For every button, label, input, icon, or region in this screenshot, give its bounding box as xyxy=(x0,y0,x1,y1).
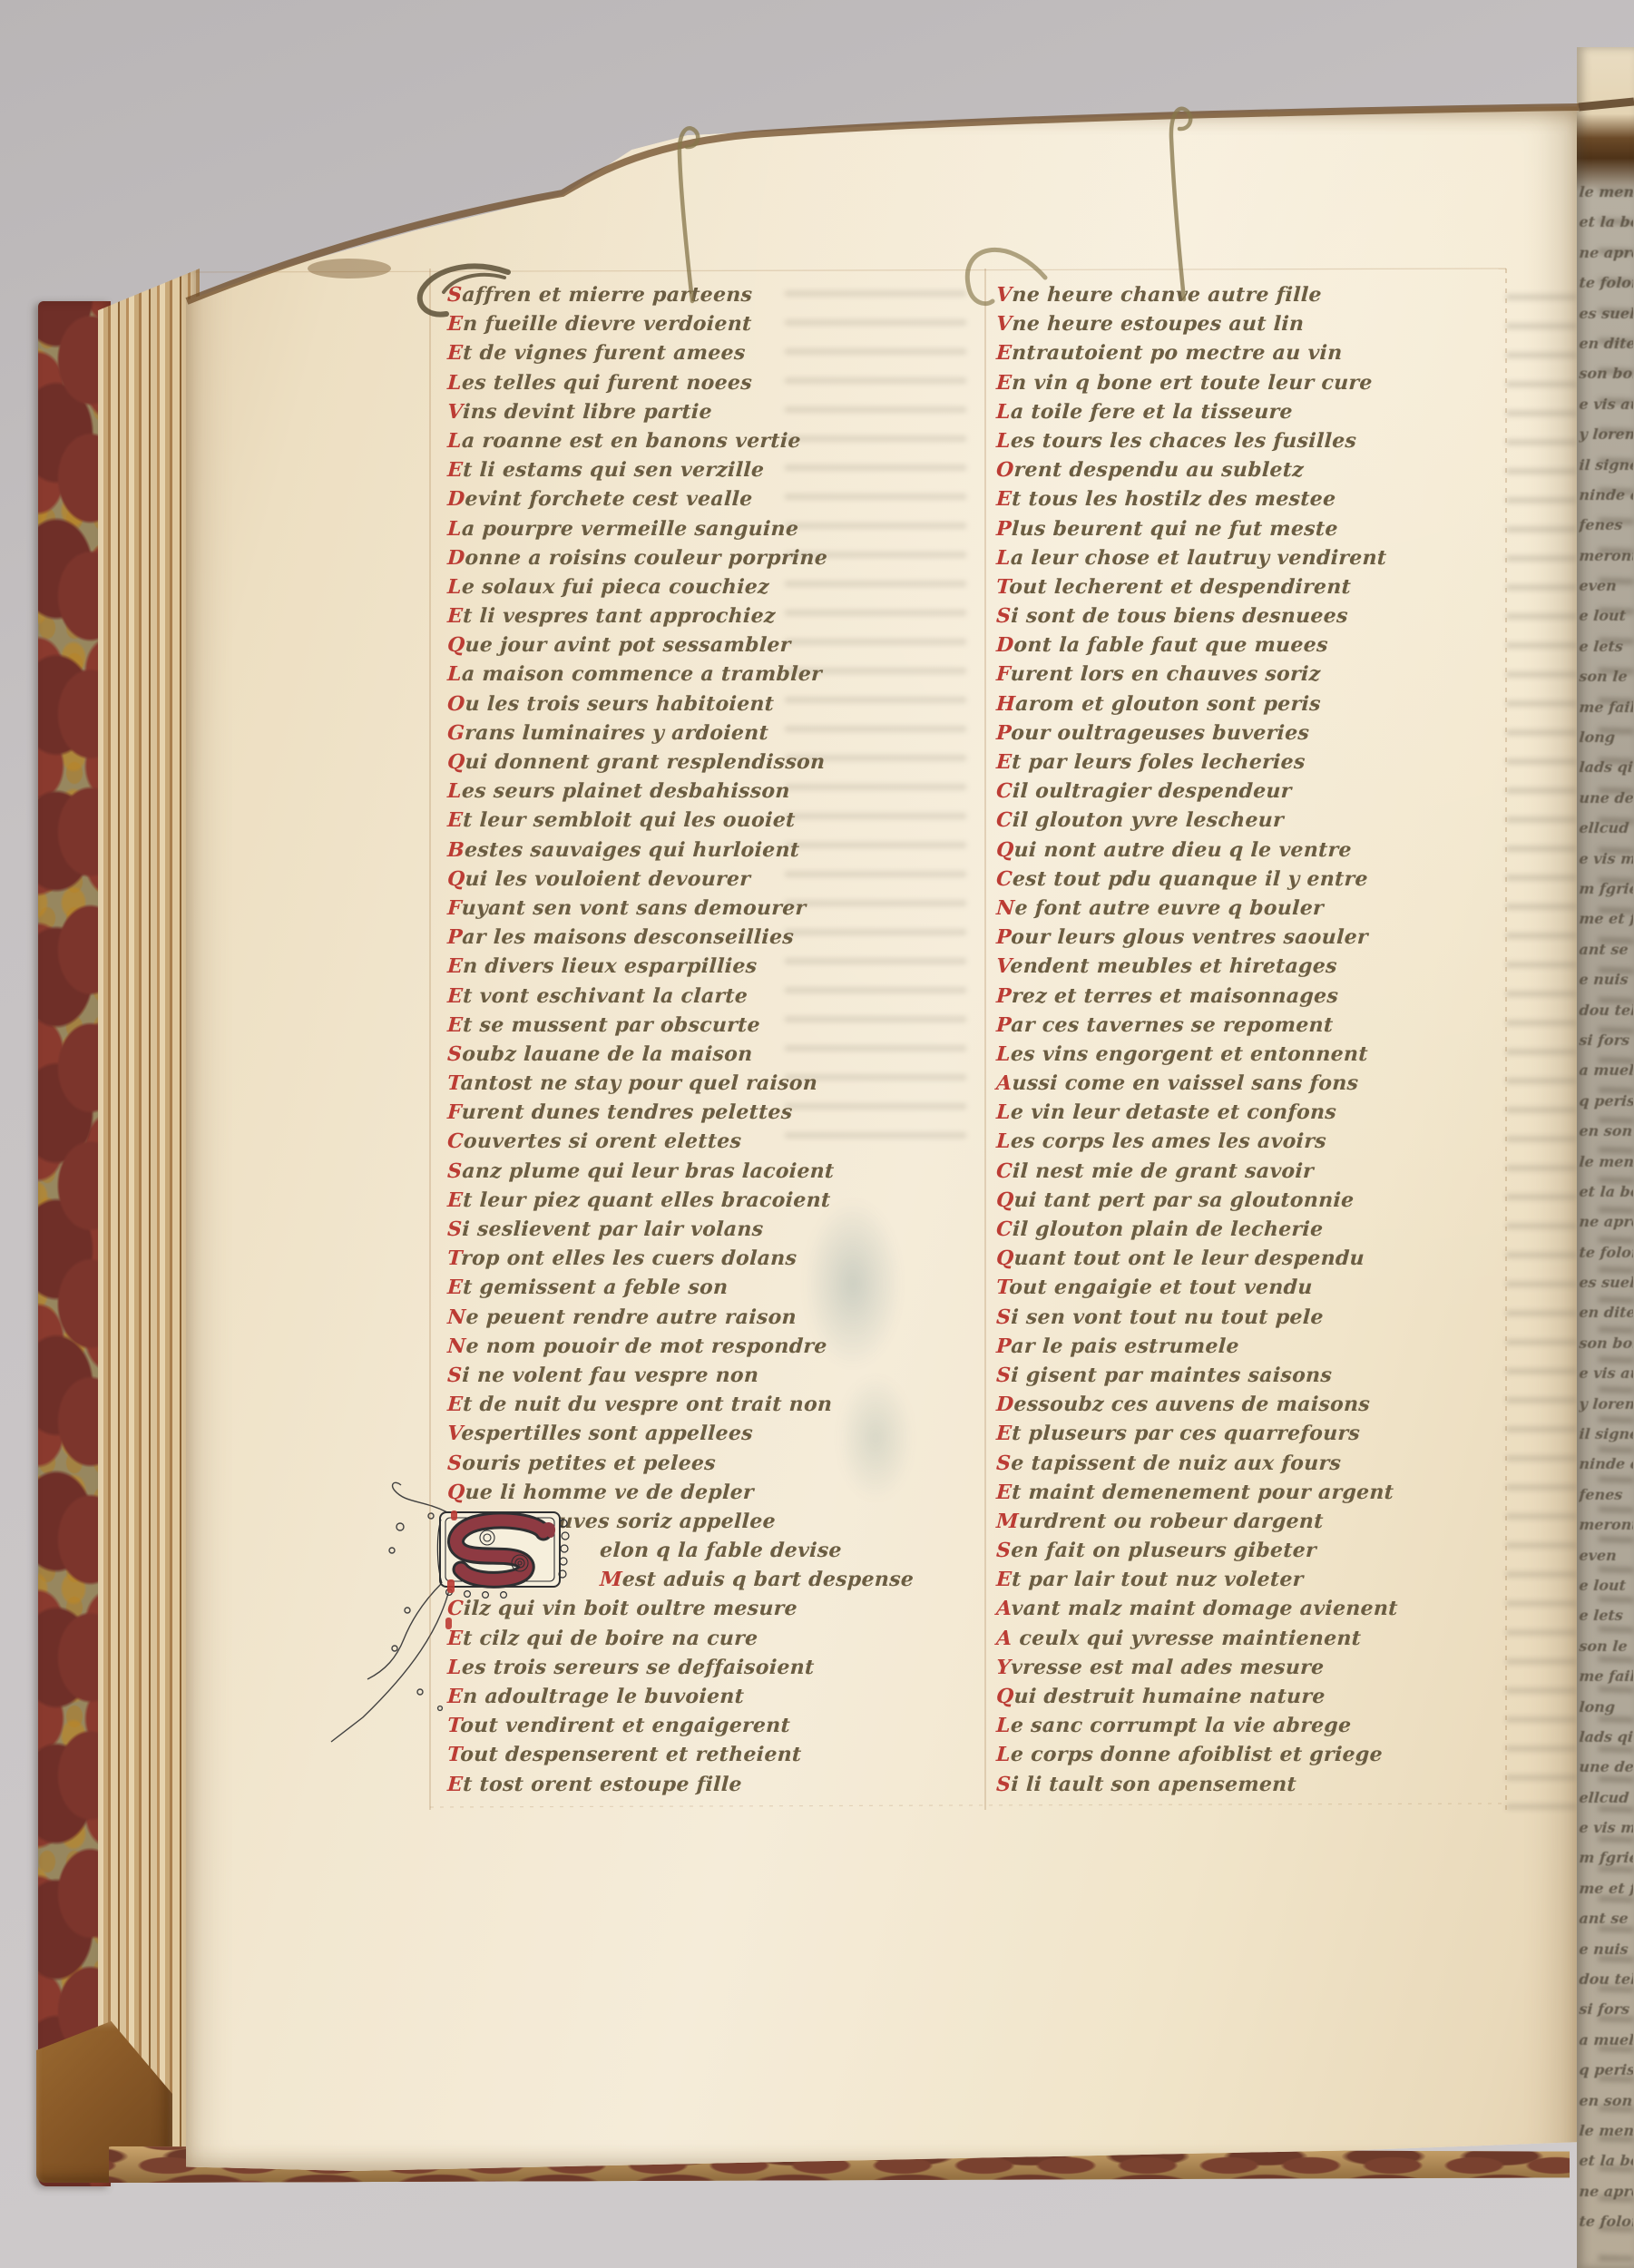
facing-page-fragment: y lorem xyxy=(1579,425,1633,455)
facing-page-fragment: te folores xyxy=(1579,274,1633,304)
manuscript-line: Saffren et mierre parteens xyxy=(446,283,979,312)
manuscript-line: Si sen vont tout nu tout pele xyxy=(995,1305,1528,1334)
facing-page-fragment: en ditel xyxy=(1579,335,1633,365)
manuscript-line: Quant tout ont le leur despendu xyxy=(995,1246,1528,1276)
facing-page-fragment: une de xyxy=(1579,789,1633,819)
manuscript-line: En fueille dievre verdoient xyxy=(446,312,979,341)
manuscript-line: Aussi come en vaissel sans fons xyxy=(995,1071,1528,1100)
manuscript-line: Ne peuent rendre autre raison xyxy=(446,1305,979,1334)
manuscript-line: Cil nest mie de grant savoir xyxy=(995,1159,1528,1188)
manuscript-line: Et par leurs foles lecheries xyxy=(995,750,1528,779)
manuscript-line: Qui les vouloient devourer xyxy=(446,867,979,896)
manuscript-line: Et vont eschivant la clarte xyxy=(446,984,979,1013)
manuscript-line: Fuyant sen vont sans demourer xyxy=(446,896,979,925)
manuscript-line: Cil glouton plain de lecherie xyxy=(995,1217,1528,1246)
manuscript-line: Et leur piez quant elles bracoient xyxy=(446,1188,979,1217)
facing-page-fragment: y lorem xyxy=(1579,1395,1633,1425)
facing-page-fragment: lads qi xyxy=(1579,758,1633,788)
manuscript-line: Donne a roisins couleur porprine xyxy=(446,546,979,575)
manuscript-line: Ou les trois seurs habitoient xyxy=(446,692,979,721)
manuscript-line: Le vin leur detaste et confons xyxy=(995,1100,1528,1129)
manuscript-line: Yvresse est mal ades mesure xyxy=(995,1656,1528,1685)
facing-page-fragment: ant se xyxy=(1579,941,1633,971)
manuscript-line: Entrautoient po mectre au vin xyxy=(995,341,1528,370)
manuscript-line: La leur chose et lautruy vendirent xyxy=(995,546,1528,575)
facing-page-text-fragments: le mendeet la bontene apreste foloreses … xyxy=(1579,183,1633,2261)
manuscript-page: Saffren et mierre parteensEn fueille die… xyxy=(186,104,1579,2171)
facing-page-fragment: une de xyxy=(1579,1758,1633,1788)
manuscript-line: Par ces tavernes se repoment xyxy=(995,1013,1528,1042)
manuscript-line: Dont la fable faut que muees xyxy=(995,633,1528,662)
facing-page-fragment: ant se xyxy=(1579,1910,1633,1940)
facing-page-fragment: e nuis xyxy=(1579,971,1633,1001)
facing-page-fragment: ellcud xyxy=(1579,1789,1633,1819)
manuscript-line: Les vins engorgent et entonnent xyxy=(995,1042,1528,1071)
facing-page-fragment: long xyxy=(1579,728,1633,758)
manuscript-line: Trop ont elles les cuers dolans xyxy=(446,1246,979,1276)
manuscript-line: Et maint demenement pour argent xyxy=(995,1481,1528,1510)
facing-page-strip: le mendeet la bontene apreste foloreses … xyxy=(1577,47,1634,2268)
manuscript-line: Vne heure estoupes aut lin xyxy=(995,312,1528,341)
manuscript-line: Sen fait on pluseurs gibeter xyxy=(995,1539,1528,1568)
manuscript-line: Couvertes si orent elettes xyxy=(446,1129,979,1158)
manuscript-line: Soubz lauane de la maison xyxy=(446,1042,979,1071)
manuscript-line: Le sanc corrumpt la vie abrege xyxy=(995,1714,1528,1743)
manuscript-line: Cil glouton yvre lescheur xyxy=(995,808,1528,837)
manuscript-line: La pourpre vermeille sanguine xyxy=(446,517,979,546)
manuscript-line: Pour leurs glous ventres saouler xyxy=(995,925,1528,954)
manuscript-line: Grans luminaires y ardoient xyxy=(446,721,979,750)
facing-page-fragment: son bon xyxy=(1579,365,1633,395)
manuscript-line: Vespertilles sont appellees xyxy=(446,1422,979,1451)
manuscript-line: Le solaux fui pieca couchiez xyxy=(446,575,979,604)
manuscript-line: Qui tant pert par sa gloutonnie xyxy=(995,1188,1528,1217)
facing-page-fragment: even xyxy=(1579,577,1633,607)
facing-page-fragment: even xyxy=(1579,1547,1633,1577)
decorated-initial-S xyxy=(313,1474,603,1746)
manuscript-line: Vne heure chanve autre fille xyxy=(995,283,1528,312)
manuscript-line: Et leur sembloit qui les ouoiet xyxy=(446,808,979,837)
facing-page-fragment: meront xyxy=(1579,1516,1633,1546)
manuscript-line: Orent despendu au subletz xyxy=(995,458,1528,487)
manuscript-line: Et de vignes furent amees xyxy=(446,341,979,370)
manuscript-line: Si ne volent fau vespre non xyxy=(446,1364,979,1393)
facing-page-fragment: ninde e xyxy=(1579,486,1633,516)
manuscript-line: Les seurs plainet desbahisson xyxy=(446,779,979,808)
facing-page-fragment: e lout xyxy=(1579,607,1633,637)
manuscript-line: Les tours les chaces les fusilles xyxy=(995,429,1528,458)
facing-page-fragment: en son xyxy=(1579,1122,1633,1152)
manuscript-line: Tout engaigie et tout vendu xyxy=(995,1276,1528,1305)
manuscript-line: Vendent meubles et hiretages xyxy=(995,954,1528,983)
manuscript-line: Et de nuit du vespre ont trait non xyxy=(446,1393,979,1422)
page-edges-stack xyxy=(98,269,200,2170)
facing-page-fragment: es sueler xyxy=(1579,305,1633,335)
manuscript-line: Si li tault son apensement xyxy=(995,1773,1528,1802)
facing-page-fragment: e vis mite xyxy=(1579,1819,1633,1849)
manuscript-line: Et gemissent a feble son xyxy=(446,1276,979,1305)
facing-page-fragment: et la bonte xyxy=(1579,1183,1633,1213)
facing-page-fragment: il signet xyxy=(1579,1425,1633,1455)
manuscript-line: Furent lors en chauves soriz xyxy=(995,662,1528,691)
facing-page-fragment: le mende xyxy=(1579,183,1633,213)
facing-page-fragment: dou tel xyxy=(1579,1002,1633,1031)
manuscript-line: Qui donnent grant resplendisson xyxy=(446,750,979,779)
facing-page-fragment: le mende xyxy=(1579,2122,1633,2152)
facing-page-fragment: e vis aut xyxy=(1579,396,1633,425)
facing-page-fragment: son bon xyxy=(1579,1334,1633,1364)
manuscript-line: Furent dunes tendres pelettes xyxy=(446,1100,979,1129)
facing-page-fragment: fenes xyxy=(1579,1486,1633,1516)
manuscript-line: La maison commence a trambler xyxy=(446,662,979,691)
manuscript-line: La toile fere et la tisseure xyxy=(995,400,1528,429)
facing-page-fragment: meront xyxy=(1579,547,1633,577)
manuscript-photo: { "palette": { "backdrop": "#c6c2c3", "p… xyxy=(0,0,1634,2268)
manuscript-line: Si sont de tous biens desnuees xyxy=(995,604,1528,633)
facing-page-fragment: le mende xyxy=(1579,1153,1633,1183)
facing-page-fragment: et la bonte xyxy=(1579,2152,1633,2182)
manuscript-line: Vins devint libre partie xyxy=(446,400,979,429)
manuscript-line: Et tost orent estoupe fille xyxy=(446,1773,979,1802)
manuscript-line: Pour oultrageuses buveries xyxy=(995,721,1528,750)
manuscript-line: En vin q bone ert toute leur cure xyxy=(995,371,1528,400)
manuscript-line: La roanne est en banons vertie xyxy=(446,429,979,458)
manuscript-line: Avant malz maint domage avienent xyxy=(995,1597,1528,1626)
facing-page-fragment: a muel xyxy=(1579,2031,1633,2061)
manuscript-line: Par le pais estrumele xyxy=(995,1334,1528,1364)
facing-page-fragment: ne apres xyxy=(1579,2183,1633,2213)
facing-page-fragment: ninde e xyxy=(1579,1455,1633,1485)
manuscript-line: Le corps donne afoiblist et griege xyxy=(995,1743,1528,1772)
manuscript-line: Et pluseurs par ces quarrefours xyxy=(995,1422,1528,1451)
manuscript-line: Si seslievent par lair volans xyxy=(446,1217,979,1246)
manuscript-line: Bestes sauvaiges qui hurloient xyxy=(446,838,979,867)
facing-page-fragment: me fail xyxy=(1579,1667,1633,1697)
facing-page-fragment: il signet xyxy=(1579,456,1633,486)
facing-page-fragment: e nuis xyxy=(1579,1941,1633,1970)
manuscript-line: Ne font autre euvre q bouler xyxy=(995,896,1528,925)
manuscript-line: Et par lair tout nuz voleter xyxy=(995,1568,1528,1597)
facing-page-fragment: me fail xyxy=(1579,699,1633,728)
manuscript-line: Tout despenserent et retheient xyxy=(446,1743,979,1772)
manuscript-line: Les telles qui furent noees xyxy=(446,371,979,400)
manuscript-line: Cil oultragier despendeur xyxy=(995,779,1528,808)
facing-page-fragment: me et fermi xyxy=(1579,910,1633,940)
manuscript-line: Les corps les ames les avoirs xyxy=(995,1129,1528,1158)
manuscript-line: Si gisent par maintes saisons xyxy=(995,1364,1528,1393)
penwork-flourish xyxy=(331,1482,449,1742)
facing-page-fragment: e vis aut xyxy=(1579,1364,1633,1394)
facing-page-fragment: q peris xyxy=(1579,2061,1633,2091)
manuscript-line: Ne nom pouoir de mot respondre xyxy=(446,1334,979,1364)
facing-page-fragment: dou tel xyxy=(1579,1970,1633,2000)
facing-page-fragment: e lets xyxy=(1579,1607,1633,1637)
manuscript-line: Harom et glouton sont peris xyxy=(995,692,1528,721)
manuscript-line: Tantost ne stay pour quel raison xyxy=(446,1071,979,1100)
manuscript-line: Se tapissent de nuiz aux fours xyxy=(995,1452,1528,1481)
right-text-column: Vne heure chanve autre filleVne heure es… xyxy=(996,283,1527,1802)
facing-page-fragment: e lout xyxy=(1579,1577,1633,1607)
facing-page-fragment: me et fermi xyxy=(1579,1880,1633,1910)
manuscript-line: Plus beurent qui ne fut meste xyxy=(995,517,1528,546)
facing-page-fragment: m fgrie xyxy=(1579,1849,1633,1879)
manuscript-line: Que jour avint pot sessambler xyxy=(446,633,979,662)
manuscript-line: En divers lieux esparpillies xyxy=(446,954,979,983)
manuscript-line: Qui nont autre dieu q le ventre xyxy=(995,838,1528,867)
manuscript-line: Et se mussent par obscurte xyxy=(446,1013,979,1042)
facing-page-fragment: e lets xyxy=(1579,638,1633,668)
facing-page-fragment: lads qi xyxy=(1579,1728,1633,1758)
facing-page-fragment: es sueler xyxy=(1579,1274,1633,1304)
manuscript-line: Cest tout pdu quanque il y entre xyxy=(995,867,1528,896)
facing-page-fragment: en ditel xyxy=(1579,1304,1633,1334)
manuscript-line: Devint forchete cest vealle xyxy=(446,487,979,516)
manuscript-line: Et li vespres tant approchiez xyxy=(446,604,979,633)
manuscript-line: Tout lecherent et despendirent xyxy=(995,575,1528,604)
facing-page-fragment: fenes xyxy=(1579,516,1633,546)
facing-page-fragment: m fgrie xyxy=(1579,880,1633,910)
facing-page-fragment: son le xyxy=(1579,668,1633,698)
facing-page-fragment: si fors xyxy=(1579,2000,1633,2030)
manuscript-line: Murdrent ou robeur dargent xyxy=(995,1510,1528,1539)
facing-page-fragment: e vis mite xyxy=(1579,850,1633,880)
manuscript-line: Dessoubz ces auvens de maisons xyxy=(995,1393,1528,1422)
facing-page-fragment: et la bonte xyxy=(1579,213,1633,243)
manuscript-line: Et tous les hostilz des mestee xyxy=(995,487,1528,516)
manuscript-line: Et li estams qui sen verzille xyxy=(446,458,979,487)
facing-page-fragment: ne apres xyxy=(1579,244,1633,274)
facing-page-fragment: si fors xyxy=(1579,1031,1633,1061)
manuscript-line: Qui destruit humaine nature xyxy=(995,1685,1528,1714)
manuscript-line: A ceulx qui yvresse maintienent xyxy=(995,1627,1528,1656)
facing-page-fragment: ellcud xyxy=(1579,819,1633,849)
facing-page-fragment: q peris xyxy=(1579,1092,1633,1122)
manuscript-line: Prez et terres et maisonnages xyxy=(995,984,1528,1013)
facing-page-fragment: en son xyxy=(1579,2092,1633,2122)
facing-page-fragment: ne apres xyxy=(1579,1213,1633,1243)
facing-page-fragment: a muel xyxy=(1579,1061,1633,1091)
manuscript-line: Sanz plume qui leur bras lacoient xyxy=(446,1159,979,1188)
facing-page-fragment: long xyxy=(1579,1698,1633,1728)
facing-page-fragment: te folores xyxy=(1579,2213,1633,2243)
facing-page-fragment: te folores xyxy=(1579,1244,1633,1274)
manuscript-line: Par les maisons desconseillies xyxy=(446,925,979,954)
facing-page-fragment: son le xyxy=(1579,1637,1633,1667)
